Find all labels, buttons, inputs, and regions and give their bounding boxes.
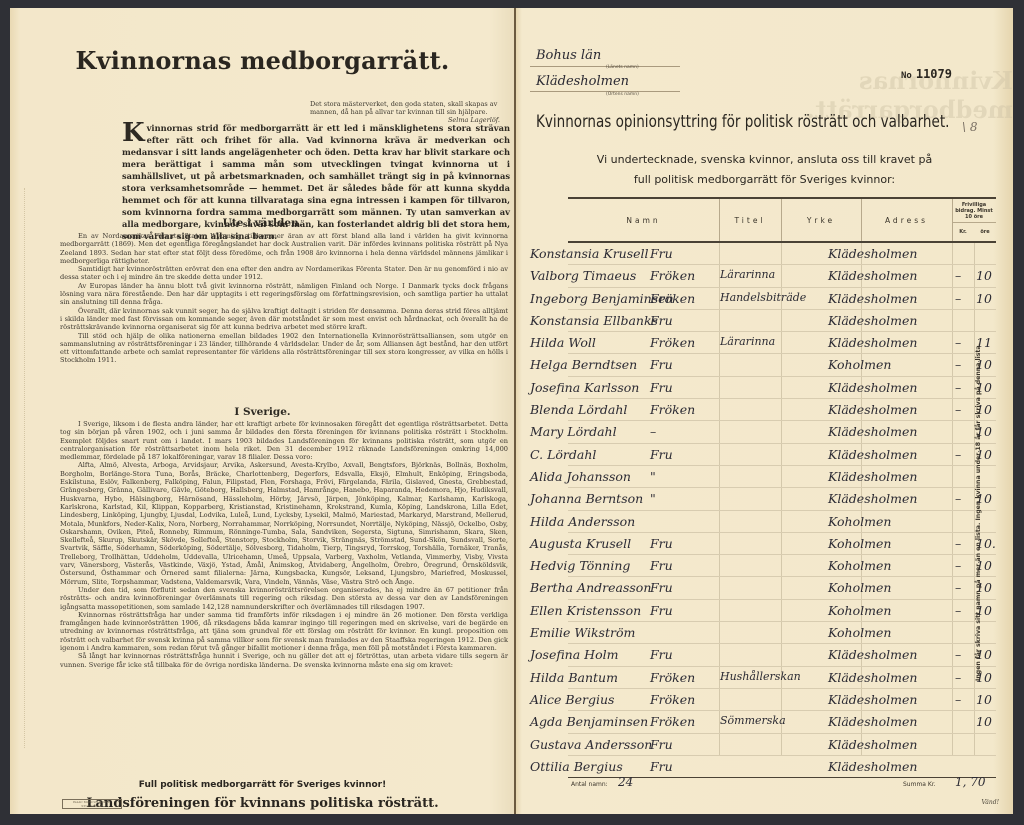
signer-name: Hedvig Tönning	[530, 558, 630, 573]
signer-title: Fröken	[650, 670, 695, 685]
signer-title: "	[650, 491, 656, 506]
slogan: Full politisk medborgarrätt för Sveriges…	[10, 780, 515, 790]
signer-address: Koholmen	[828, 603, 891, 618]
paragraph: Samtidigt har kvinnorösträtten erövrat d…	[60, 265, 508, 282]
signer-title: Fru	[650, 536, 673, 551]
table-row: Ellen KristenssonFruKoholmen–10	[568, 600, 996, 622]
signer-title: Fru	[650, 357, 673, 372]
signer-title: Fröken	[650, 268, 695, 283]
signer-address: Klädesholmen	[828, 491, 917, 506]
table-row: Josefina KarlssonFruKlädesholmen–10	[568, 377, 996, 399]
signer-title: Fru	[650, 447, 673, 462]
paragraph: Av Europas länder ha ännu blott två givi…	[60, 282, 508, 307]
signer-address: Koholmen	[828, 625, 891, 640]
contribution-kr: –	[955, 647, 961, 662]
signer-address: Koholmen	[828, 558, 891, 573]
contribution-kr: –	[955, 380, 961, 395]
table-row: Augusta KrusellFruKoholmen–10.	[568, 533, 996, 555]
table-row: Ingeborg BenjaminsenFrökenHandelsbiträde…	[568, 288, 996, 310]
signer-address: Klädesholmen	[828, 424, 917, 439]
parish-underline	[530, 91, 680, 92]
section-heading-sweden: I Sverige.	[10, 406, 515, 418]
signer-address: Klädesholmen	[828, 291, 917, 306]
paragraph: En av Nordamerikas Förenta Stater, Wyomi…	[60, 232, 508, 265]
signer-name: Bertha Andreasson	[530, 580, 651, 595]
table-header: Namn Titel Yrke Adress Frivilliga bidrag…	[568, 197, 996, 243]
serial-prefix: No	[901, 71, 912, 81]
table-row: Helga BerndtsenFruKoholmen–10	[568, 354, 996, 376]
signer-name: Alice Bergius	[530, 692, 614, 707]
table-row: Valborg TimaeusFrökenLärarinnaKlädesholm…	[568, 265, 996, 287]
section-sweden-body: I Sverige, liksom i de flesta andra länd…	[60, 420, 508, 669]
signer-occupation: Sömmerska	[720, 714, 786, 727]
signer-name: Hilda Andersson	[530, 514, 635, 529]
signer-name: Johanna Berntson	[530, 491, 643, 506]
header-contribution: Frivilliga bidrag. Minst 10 öre Kr. öre	[952, 199, 996, 241]
table-row: Blenda LördahlFrökenKlädesholmen–10	[568, 399, 996, 421]
county-field: Bohus län	[536, 48, 601, 63]
signer-address: Koholmen	[828, 536, 891, 551]
signer-name: C. Lördahl	[530, 447, 596, 462]
table-row: C. LördahlFruKlädesholmen–10	[568, 444, 996, 466]
signer-occupation: Hushållerskan	[720, 670, 801, 683]
signer-address: Klädesholmen	[828, 469, 917, 484]
header-kr: Kr.	[952, 229, 974, 235]
signer-address: Klädesholmen	[828, 714, 917, 729]
table-row: Bertha AndreassonFruKoholmen–10	[568, 577, 996, 599]
table-row: Hilda AnderssonKoholmen	[568, 511, 996, 533]
paragraph: Kvinnornas rösträttsfråga har under samm…	[60, 611, 508, 652]
contribution-kr: –	[955, 491, 961, 506]
signer-title: Fru	[650, 647, 673, 662]
signer-name: Konstansia Krusell	[530, 246, 649, 261]
table-row: Gustava AnderssonFruKlädesholmen	[568, 734, 996, 756]
contribution-subheaders: Kr. öre	[952, 223, 996, 241]
header-occupation: Yrke	[781, 199, 862, 241]
county-underline	[530, 66, 680, 67]
signer-title: Fru	[650, 580, 673, 595]
left-page-leaflet: Kvinnornas medborgarrätt. Det stora mäst…	[10, 8, 515, 814]
table-row: Alice BergiusFrökenKlädesholmen–10	[568, 689, 996, 711]
table-row: Hilda WollFrökenLärarinnaKlädesholmen–11	[568, 332, 996, 354]
parish-label: (Ortens namn)	[606, 92, 639, 97]
signer-title: Fru	[650, 558, 673, 573]
signer-name: Alida Johansson	[530, 469, 631, 484]
signer-name: Ottilia Bergius	[530, 759, 623, 774]
contribution-kr: –	[955, 580, 961, 595]
contribution-kr: –	[955, 357, 961, 372]
contribution-kr: –	[955, 558, 961, 573]
paragraph: Till stöd och hjälp de olika nationerna …	[60, 332, 508, 365]
binding-edge	[24, 188, 31, 748]
pledge-line-2: full politisk medborgarrätt för Sveriges…	[516, 170, 1013, 190]
paragraph: Överallt, där kvinnornas sak vunnit sege…	[60, 307, 508, 332]
signer-name: Josefina Karlsson	[530, 380, 639, 395]
right-page-petition-form: Kvinnornas medborgarrätt. Bohus län (Län…	[516, 8, 1013, 814]
signer-address: Klädesholmen	[828, 313, 917, 328]
signer-title: Fru	[650, 759, 673, 774]
contribution-label: Frivilliga bidrag. Minst 10 öre	[952, 199, 996, 223]
vertical-side-note: Ingen får skriva sitt namn på mer än en …	[975, 252, 985, 772]
signer-occupation: Handelsbiträde	[720, 291, 806, 304]
signer-address: Koholmen	[828, 514, 891, 529]
header-address: Adress	[861, 199, 953, 241]
signer-occupation: Lärarinna	[720, 268, 775, 281]
signer-name: Mary Lördahl	[530, 424, 617, 439]
table-row: Konstansia EllbanksFruKlädesholmen	[568, 310, 996, 332]
signer-name: Helga Berndtsen	[530, 357, 637, 372]
signer-name: Ellen Kristensson	[530, 603, 641, 618]
signer-name: Josefina Holm	[530, 647, 618, 662]
petition-title: Kvinnornas opinionsyttring för politisk …	[536, 112, 921, 131]
signer-title: Fröken	[650, 335, 695, 350]
signer-address: Klädesholmen	[828, 335, 917, 350]
table-row: Emilie WikströmKoholmen	[568, 622, 996, 644]
paragraph-city-list: Alfta, Almö, Alvesta, Arboga, Arvidsjaur…	[60, 461, 508, 585]
signer-address: Klädesholmen	[828, 759, 917, 774]
signer-address: Koholmen	[828, 357, 891, 372]
paragraph: Så långt har kvinnornas rösträttsfråga h…	[60, 652, 508, 669]
header-name: Namn	[568, 199, 720, 241]
contribution-kr: –	[955, 536, 961, 551]
signer-name: Gustava Andersson	[530, 737, 652, 752]
signer-name: Augusta Krusell	[530, 536, 631, 551]
signer-address: Klädesholmen	[828, 447, 917, 462]
contribution-kr: –	[955, 268, 961, 283]
signer-address: Klädesholmen	[828, 246, 917, 261]
signer-address: Klädesholmen	[828, 380, 917, 395]
header-title: Titel	[719, 199, 782, 241]
signer-name: Konstansia Ellbanks	[530, 313, 658, 328]
signer-name: Agda Benjaminsen	[530, 714, 648, 729]
pledge-text: Vi undertecknade, svenska kvinnor, anslu…	[516, 150, 1013, 190]
signer-address: Koholmen	[828, 580, 891, 595]
table-row: Hedvig TönningFruKoholmen–10	[568, 555, 996, 577]
signer-occupation: Lärarinna	[720, 335, 775, 348]
parish-field: Klädesholmen	[536, 74, 629, 89]
signer-address: Klädesholmen	[828, 268, 917, 283]
pledge-line-1: Vi undertecknade, svenska kvinnor, anslu…	[516, 150, 1013, 170]
signer-title: Fru	[650, 380, 673, 395]
table-row: Mary Lördahl–Klädesholmen10	[568, 421, 996, 443]
signer-name: Emilie Wikström	[530, 625, 635, 640]
signer-name: Valborg Timaeus	[530, 268, 636, 283]
signer-address: Klädesholmen	[828, 737, 917, 752]
sum-label: Summa Kr.	[903, 781, 936, 788]
signer-title: "	[650, 469, 656, 484]
serial-number: No11079	[901, 67, 952, 81]
contribution-kr: –	[955, 692, 961, 707]
signer-name: Hilda Woll	[530, 335, 596, 350]
turn-over-note: Vänd!	[982, 799, 999, 806]
signer-address: Klädesholmen	[828, 402, 917, 417]
signer-title: Fröken	[650, 291, 695, 306]
table-row: Konstansia KrusellFruKlädesholmen	[568, 243, 996, 265]
section-heading-world: Ute i världen.	[10, 217, 515, 229]
signer-title: Fru	[650, 246, 673, 261]
signer-title: Fröken	[650, 402, 695, 417]
contribution-kr: –	[955, 291, 961, 306]
drop-cap: K	[122, 122, 145, 144]
count-value: 24	[618, 775, 633, 789]
signer-address: Klädesholmen	[828, 692, 917, 707]
margin-pencil-mark: \ 8	[962, 120, 978, 134]
contribution-kr: –	[955, 335, 961, 350]
signer-name: Blenda Lördahl	[530, 402, 627, 417]
signer-title: Fru	[650, 313, 673, 328]
signer-title: Fröken	[650, 692, 695, 707]
signer-name: Hilda Bantum	[530, 670, 618, 685]
epigraph: Det stora mästerverket, den goda staten,…	[310, 100, 500, 124]
signer-title: Fröken	[650, 714, 695, 729]
table-row: Johanna Berntson"Klädesholmen–10	[568, 488, 996, 510]
section-world-body: En av Nordamerikas Förenta Stater, Wyomi…	[60, 232, 508, 365]
contribution-kr: –	[955, 670, 961, 685]
table-row: Josefina HolmFruKlädesholmen–10	[568, 644, 996, 666]
header-ore: öre	[974, 229, 996, 235]
signer-title: Fru	[650, 737, 673, 752]
table-row: Hilda BantumFrökenHushållerskanKlädeshol…	[568, 667, 996, 689]
leaflet-title: Kvinnornas medborgarrätt.	[10, 46, 515, 75]
county-label: (Länets namn)	[606, 65, 639, 70]
signer-title: –	[650, 424, 656, 439]
signature-table: Namn Titel Yrke Adress Frivilliga bidrag…	[568, 197, 996, 778]
epigraph-text: Det stora mästerverket, den goda staten,…	[310, 100, 500, 116]
count-label: Antal namn:	[571, 781, 608, 788]
paragraph: Under den tid, som förflutit sedan den s…	[60, 586, 508, 611]
signer-address: Klädesholmen	[828, 670, 917, 685]
row-container: Konstansia KrusellFruKlädesholmenValborg…	[568, 243, 996, 778]
table-row: Agda BenjaminsenFrökenSömmerskaKlädeshol…	[568, 711, 996, 733]
paragraph: I Sverige, liksom i de flesta andra länd…	[60, 420, 508, 461]
signer-address: Klädesholmen	[828, 647, 917, 662]
sum-value: 1, 70	[955, 775, 986, 789]
table-row: Alida Johansson"Klädesholmen	[568, 466, 996, 488]
serial-value: 11079	[916, 67, 952, 81]
contribution-kr: –	[955, 603, 961, 618]
contribution-kr: –	[955, 402, 961, 417]
printer-stamp: ISAAC MARCUS BOKTR. STOCKHOLM	[62, 799, 122, 809]
signature-rows: Konstansia KrusellFruKlädesholmenValborg…	[568, 243, 996, 778]
contribution-kr: –	[955, 447, 961, 462]
signer-title: Fru	[650, 603, 673, 618]
